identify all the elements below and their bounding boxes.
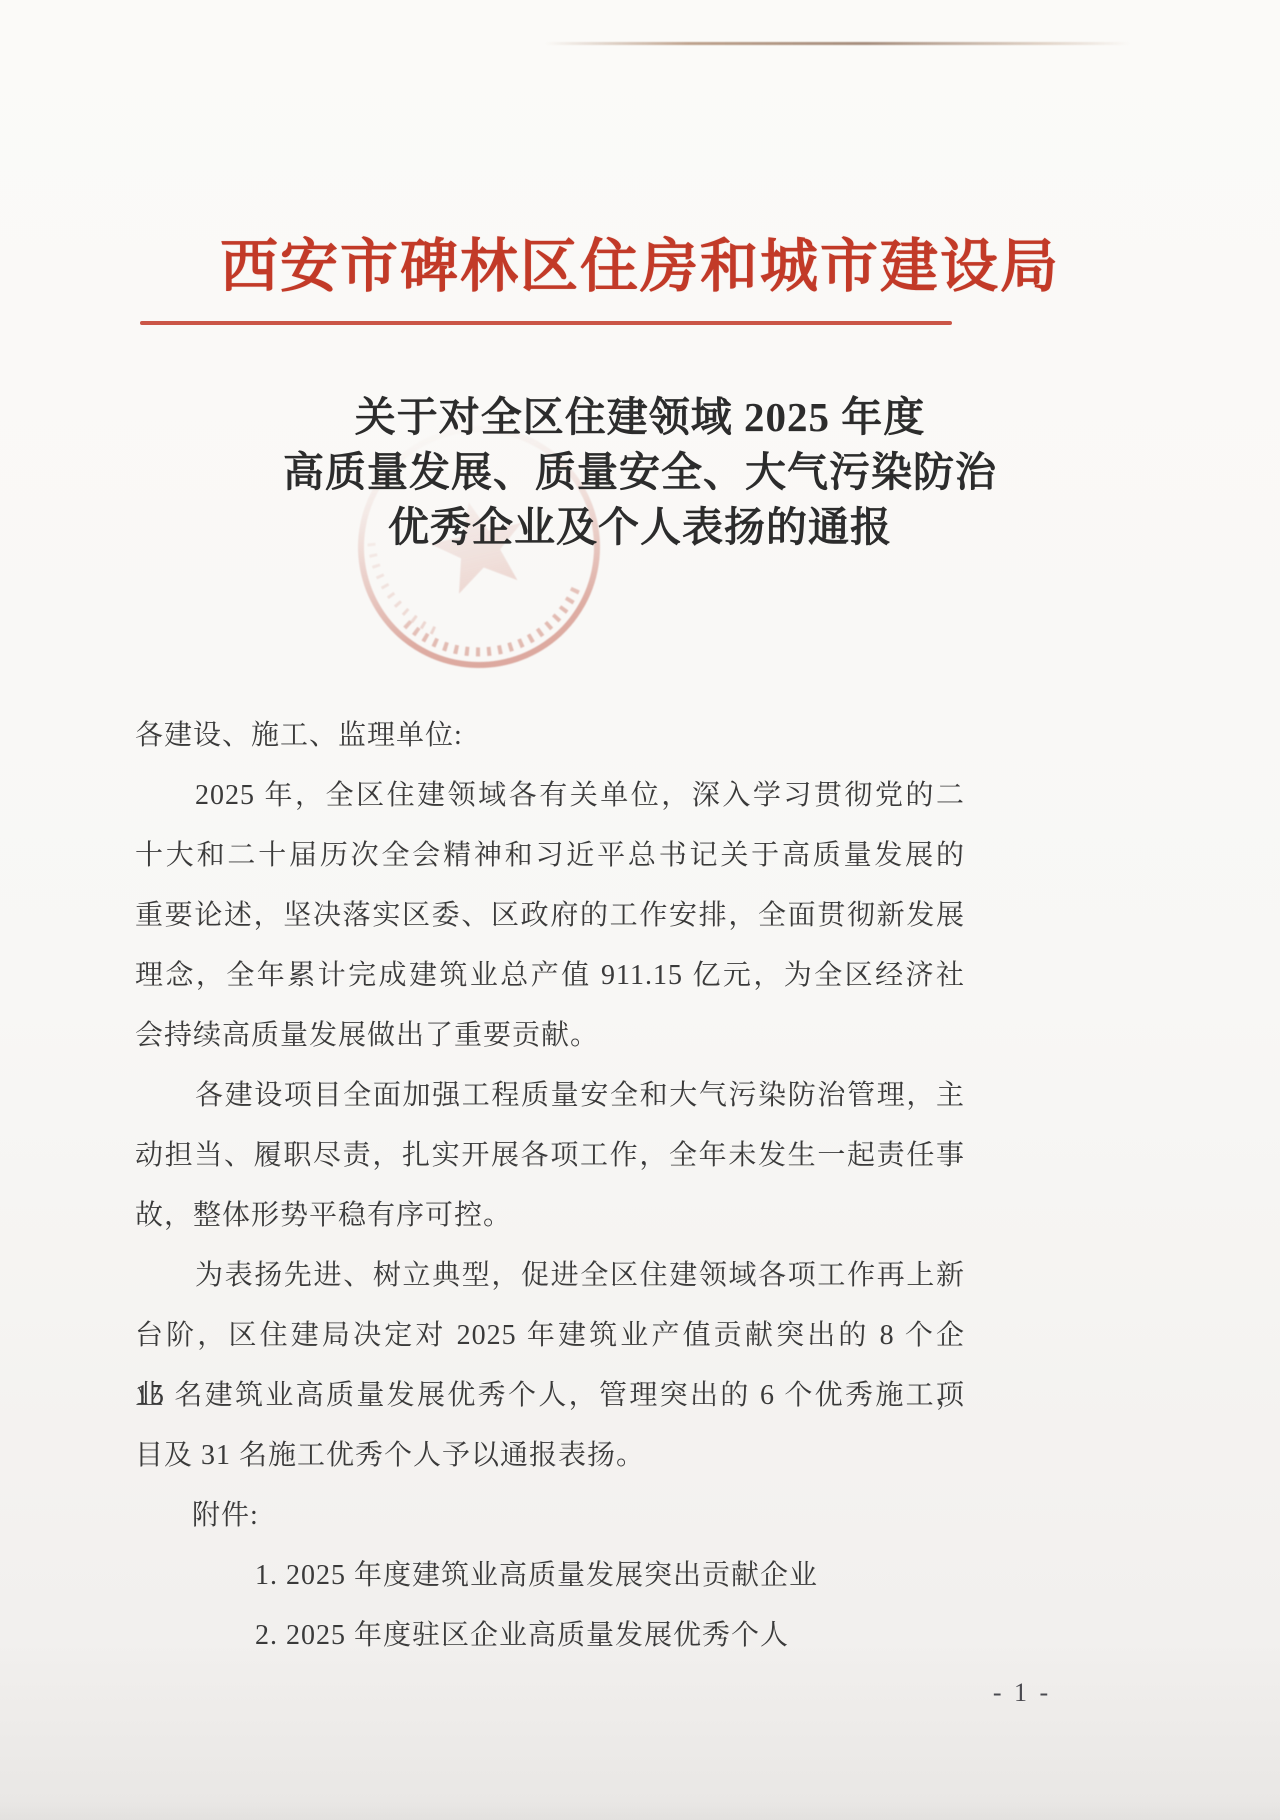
document-title-line-3: 优秀企业及个人表扬的通报: [0, 500, 1280, 555]
body-line: 动担当、履职尽责，扎实开展各项工作，全年未发生一起责任事: [135, 1126, 965, 1186]
body-line: 台阶，区住建局决定对 2025 年建筑业产值贡献突出的 8 个企业，: [135, 1306, 965, 1366]
body-line: 各建设项目全面加强工程质量安全和大气污染防治管理，主: [135, 1066, 965, 1126]
attachments-label: 附件:: [135, 1486, 965, 1546]
letterhead-red-rule: [140, 321, 952, 325]
letterhead-agency-name: 西安市碑林区住房和城市建设局: [0, 230, 1280, 304]
page-number: - 1 -: [952, 1678, 1092, 1708]
body-line: 2025 年，全区住建领域各有关单位，深入学习贯彻党的二: [135, 766, 965, 826]
body-line: 15 名建筑业高质量发展优秀个人，管理突出的 6 个优秀施工项: [135, 1366, 965, 1426]
attachment-item: 2. 2025 年度驻区企业高质量发展优秀个人: [135, 1606, 965, 1666]
scan-artifact-line: [545, 42, 1130, 45]
body-line: 重要论述，坚决落实区委、区政府的工作安排，全面贯彻新发展: [135, 886, 965, 946]
document-title: 关于对全区住建领域 2025 年度 高质量发展、质量安全、大气污染防治 优秀企业…: [0, 390, 1280, 555]
body-line: 会持续高质量发展做出了重要贡献。: [135, 1006, 965, 1066]
scanned-document-page: 西安市碑林区住房和城市建设局 关于对全区住建领域 2025 年度 高质量发展、质…: [0, 0, 1280, 1820]
attachment-item: 1. 2025 年度建筑业高质量发展突出贡献企业: [135, 1546, 965, 1606]
body-line: 目及 31 名施工优秀个人予以通报表扬。: [135, 1426, 965, 1486]
body-line: 十大和二十届历次全会精神和习近平总书记关于高质量发展的: [135, 826, 965, 886]
body-line: 故，整体形势平稳有序可控。: [135, 1186, 965, 1246]
document-body: 各建设、施工、监理单位: 2025 年，全区住建领域各有关单位，深入学习贯彻党的…: [135, 706, 965, 1666]
document-title-line-1: 关于对全区住建领域 2025 年度: [0, 390, 1280, 445]
body-line: 理念，全年累计完成建筑业总产值 911.15 亿元，为全区经济社: [135, 946, 965, 1006]
body-line: 为表扬先进、树立典型，促进全区住建领域各项工作再上新: [135, 1246, 965, 1306]
salutation: 各建设、施工、监理单位:: [135, 706, 965, 766]
document-title-line-2: 高质量发展、质量安全、大气污染防治: [0, 445, 1280, 500]
